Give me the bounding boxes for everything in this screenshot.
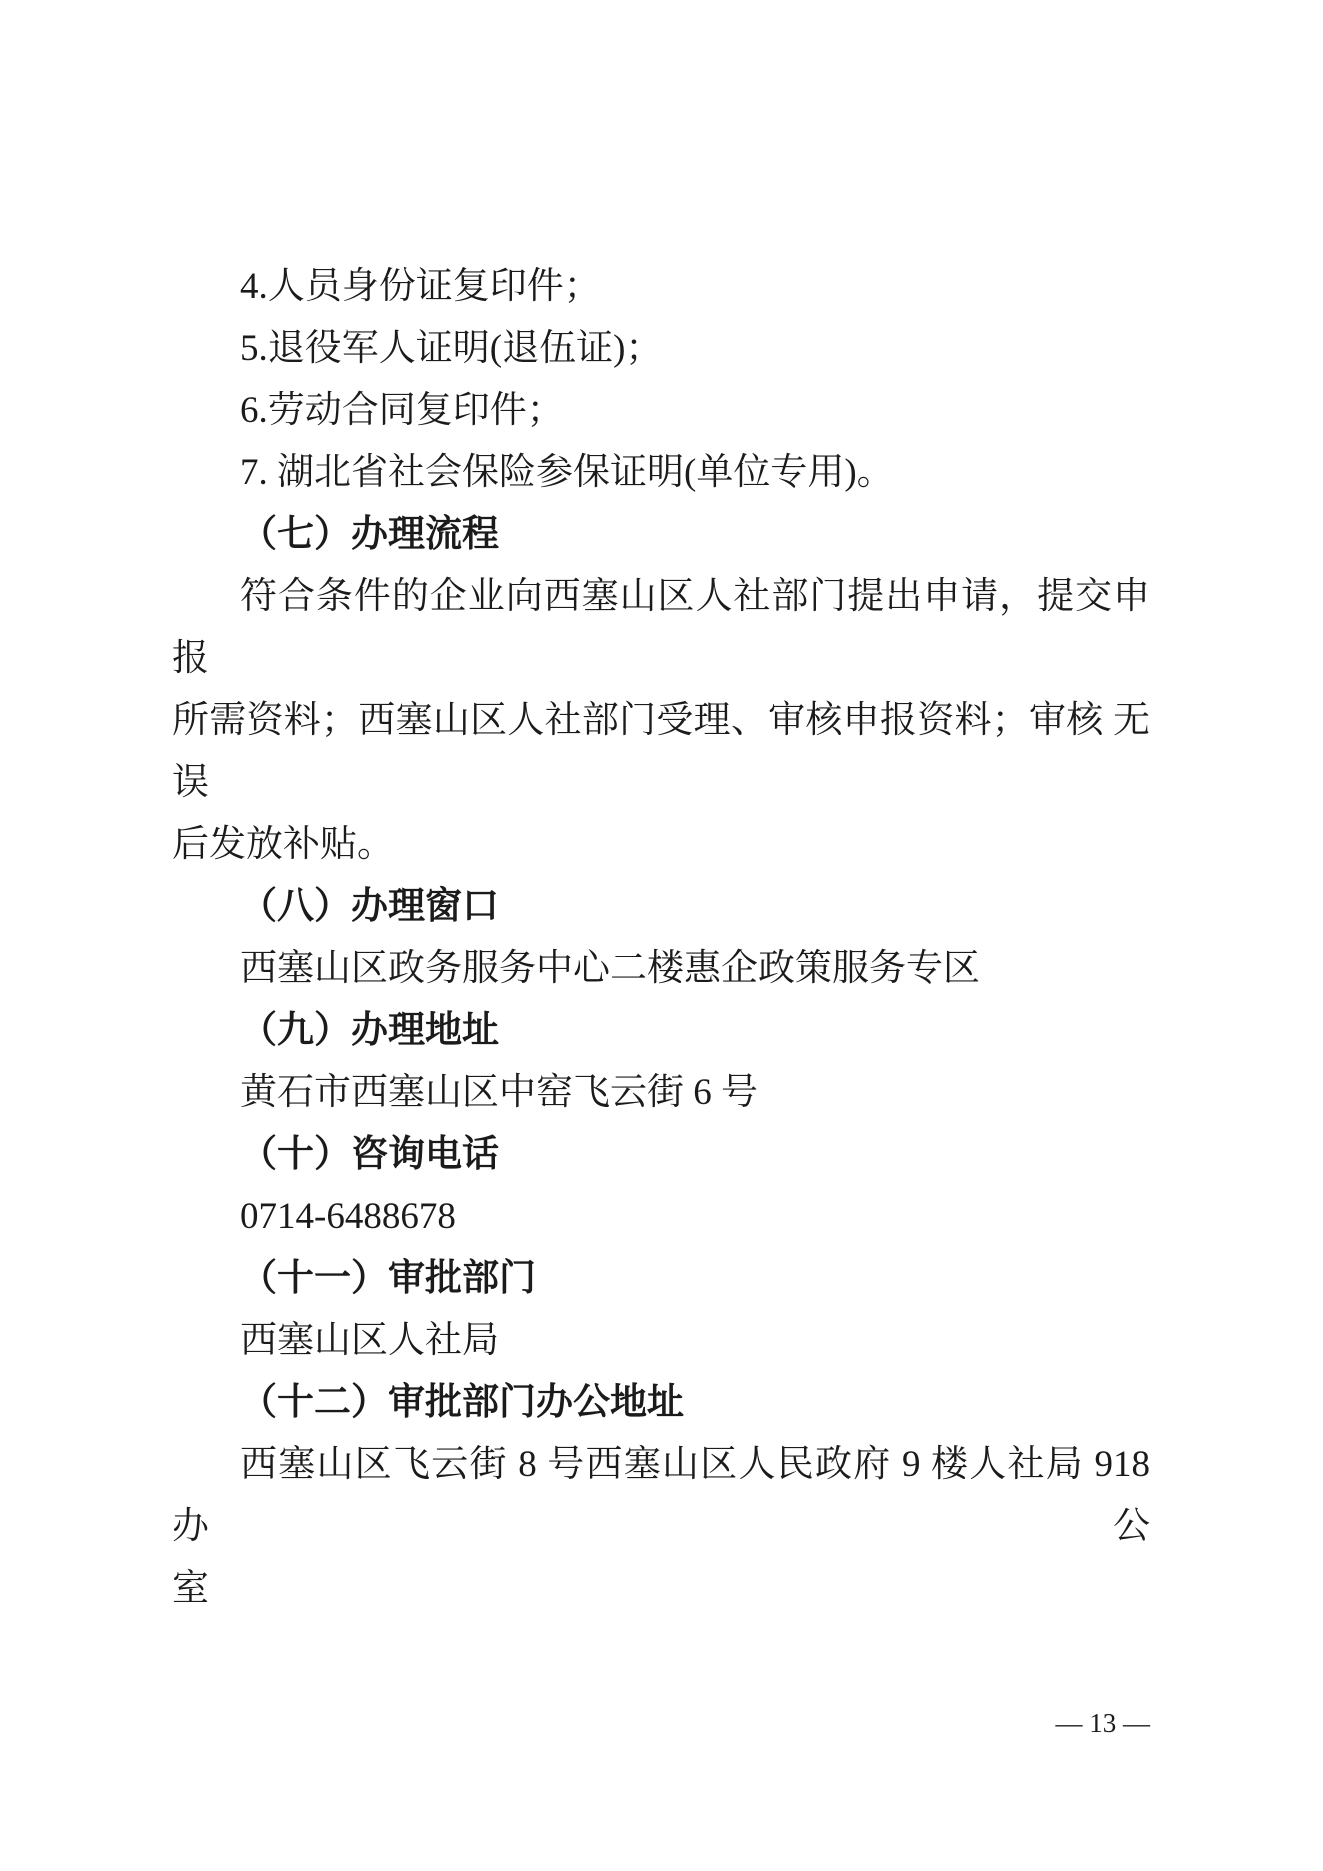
- section-heading-11-approval-dept: （十一）审批部门: [172, 1248, 1150, 1310]
- section-heading-12-dept-address: （十二）审批部门办公地址: [172, 1372, 1150, 1434]
- phone-number-text: 0714-6488678: [172, 1186, 1150, 1248]
- handling-address-text: 黄石市西塞山区中窑飞云街 6 号: [172, 1062, 1150, 1124]
- list-item-5: 5.退役军人证明(退伍证)；: [172, 318, 1150, 380]
- list-item-4: 4.人员身份证复印件；: [172, 256, 1150, 318]
- section-heading-9-address: （九）办理地址: [172, 1000, 1150, 1062]
- process-paragraph-line-2: 所需资料；西塞山区人社部门受理、审核申报资料；审核 无误: [172, 690, 1150, 814]
- process-paragraph-line-3: 后发放补贴。: [172, 814, 1150, 876]
- list-item-7: 7. 湖北省社会保险参保证明(单位专用)。: [172, 442, 1150, 504]
- dept-address-line-1: 西塞山区飞云街 8 号西塞山区人民政府 9 楼人社局 918 办公: [172, 1434, 1150, 1558]
- list-item-6: 6.劳动合同复印件；: [172, 380, 1150, 442]
- document-body: 4.人员身份证复印件； 5.退役军人证明(退伍证)； 6.劳动合同复印件； 7.…: [172, 256, 1150, 1620]
- section-heading-8-window: （八）办理窗口: [172, 876, 1150, 938]
- section-heading-10-phone: （十）咨询电话: [172, 1124, 1150, 1186]
- section-heading-7-process: （七）办理流程: [172, 504, 1150, 566]
- service-window-text: 西塞山区政务服务中心二楼惠企政策服务专区: [172, 938, 1150, 1000]
- process-paragraph-line-1: 符合条件的企业向西塞山区人社部门提出申请，提交申 报: [172, 566, 1150, 690]
- approval-dept-text: 西塞山区人社局: [172, 1310, 1150, 1372]
- dept-address-line-2: 室: [172, 1558, 1150, 1620]
- page-number: — 13 —: [1056, 1706, 1151, 1740]
- document-page: 4.人员身份证复印件； 5.退役军人证明(退伍证)； 6.劳动合同复印件； 7.…: [0, 0, 1323, 1871]
